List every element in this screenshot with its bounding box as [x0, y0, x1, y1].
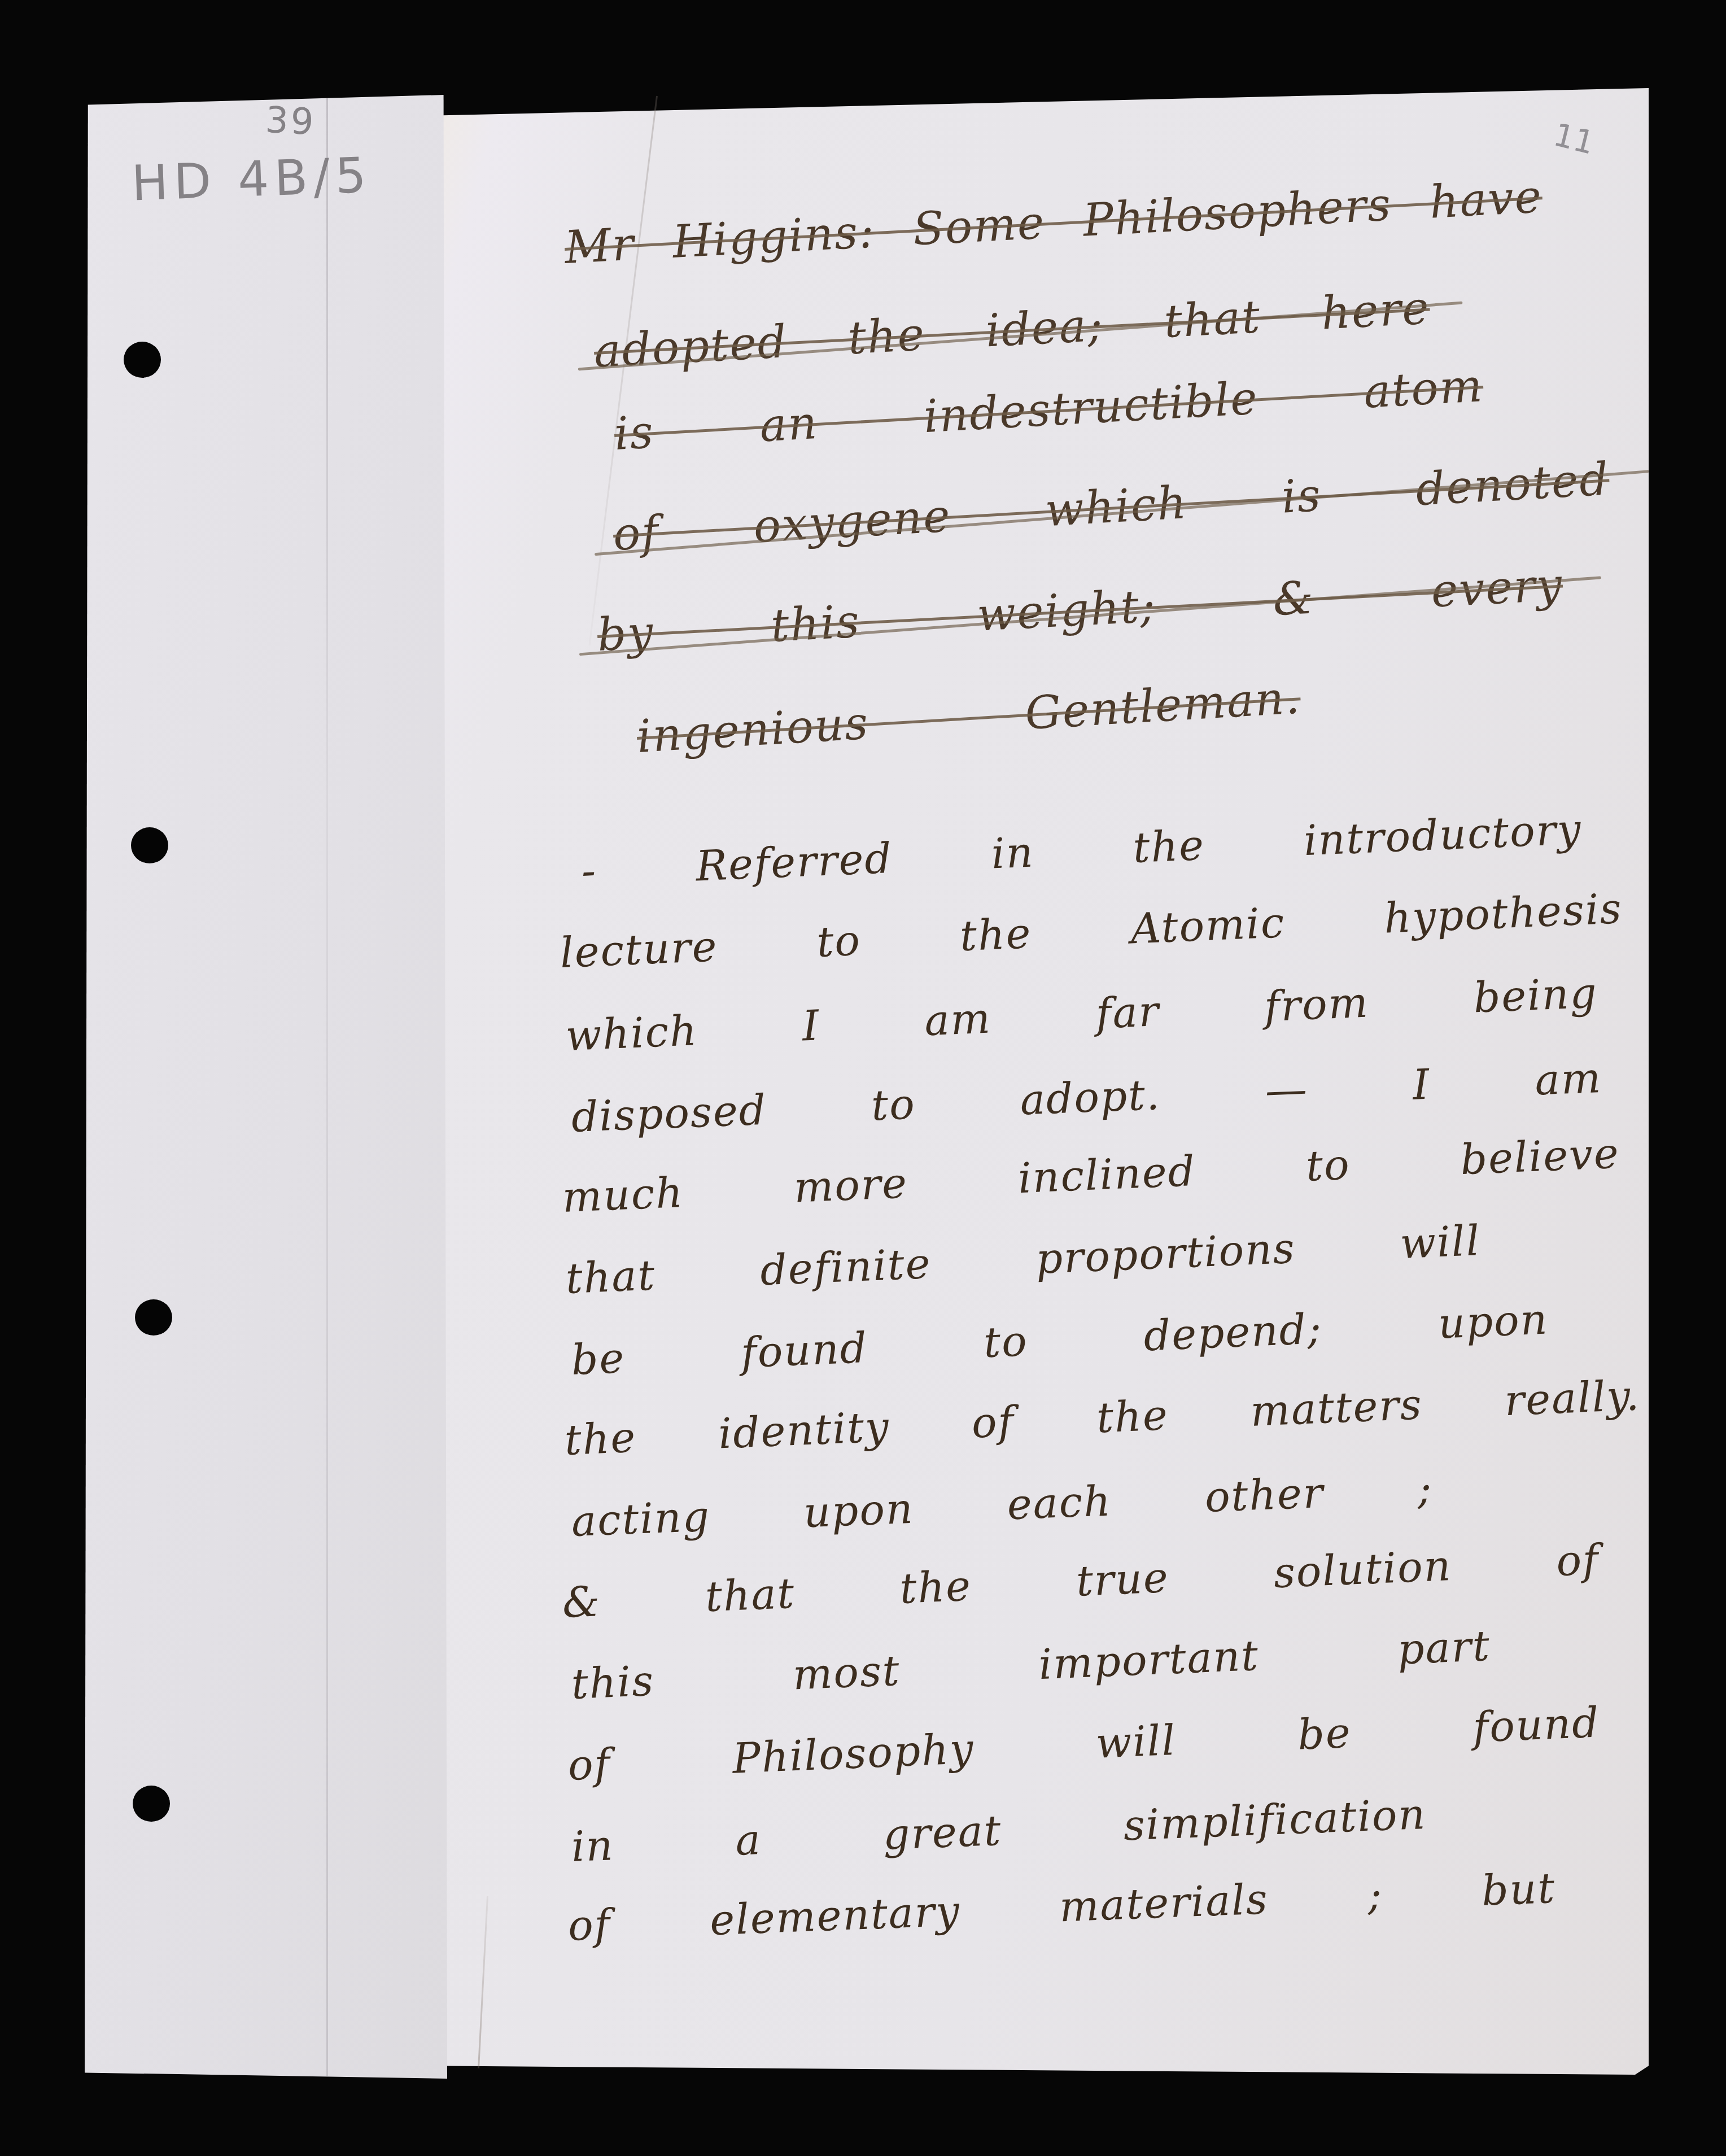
punch-hole-1 — [124, 342, 161, 378]
punch-hole-2 — [131, 827, 168, 863]
stub-crease — [326, 95, 328, 2083]
stub-page — [85, 95, 447, 2083]
photo-background: 39 HD 4B/5 11 Mr Higgins: Some Philosoph… — [0, 0, 1726, 2156]
shelfmark-pencil: HD 4B/5 — [130, 147, 373, 212]
punch-hole-3 — [135, 1299, 172, 1336]
punch-hole-4 — [133, 1786, 170, 1822]
folio-number-pencil: 39 — [264, 99, 317, 144]
